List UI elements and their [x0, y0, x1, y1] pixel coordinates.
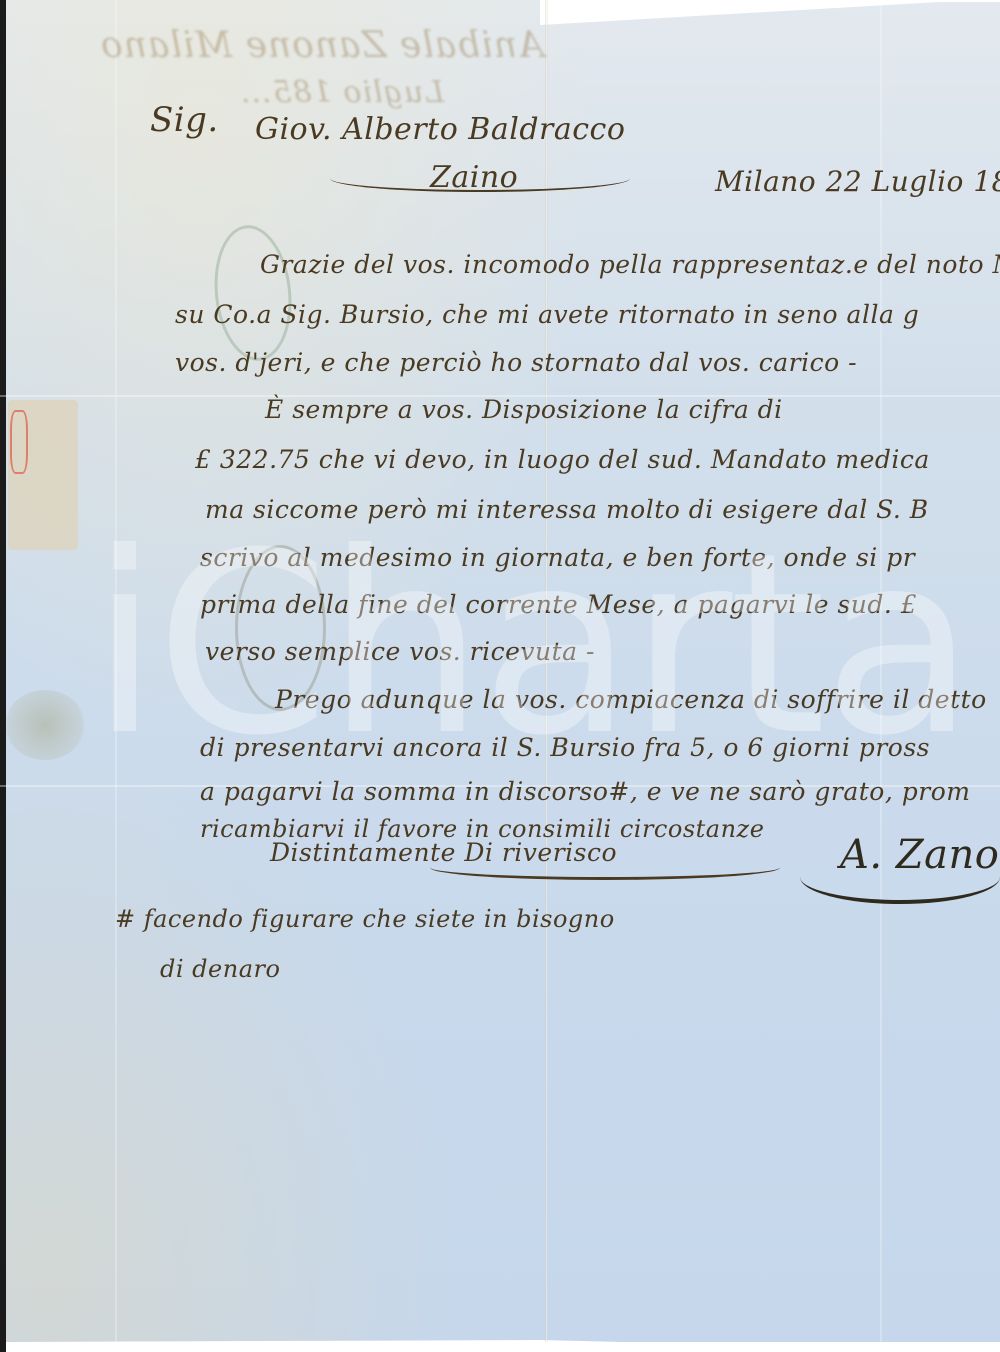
faded-postmark	[5, 690, 85, 760]
underline-flourish	[330, 165, 630, 192]
body-line: È sempre a vos. Disposizione la cifra di	[265, 395, 783, 424]
salutation: Sig.	[150, 100, 219, 140]
postal-stamp-fragment	[8, 400, 78, 550]
bleed-through-text: Anibale Zanone Milano	[100, 25, 544, 66]
body-line: £ 322.75 che vi devo, in luogo del sud. …	[195, 445, 930, 474]
watermark: iCharta	[90, 520, 972, 770]
closing-flourish	[430, 855, 780, 880]
signature-flourish	[800, 850, 1000, 904]
postscript-line: di denaro	[160, 955, 280, 983]
scan-edge	[0, 0, 6, 1352]
body-line: Grazie del vos. incomodo pella rappresen…	[260, 250, 1000, 279]
body-line: vos. d'jeri, e che perciò ho stornato da…	[175, 348, 857, 377]
place-date: Milano 22 Luglio 18	[715, 165, 1000, 198]
postscript-line: # facendo figurare che siete in bisogno	[115, 905, 615, 933]
bleed-through-text: Luglio 185...	[240, 75, 444, 110]
body-line: su Co.a Sig. Bursio, che mi avete ritorn…	[175, 300, 919, 329]
red-postmark	[10, 410, 28, 474]
recipient-name: Giov. Alberto Baldracco	[255, 112, 625, 147]
